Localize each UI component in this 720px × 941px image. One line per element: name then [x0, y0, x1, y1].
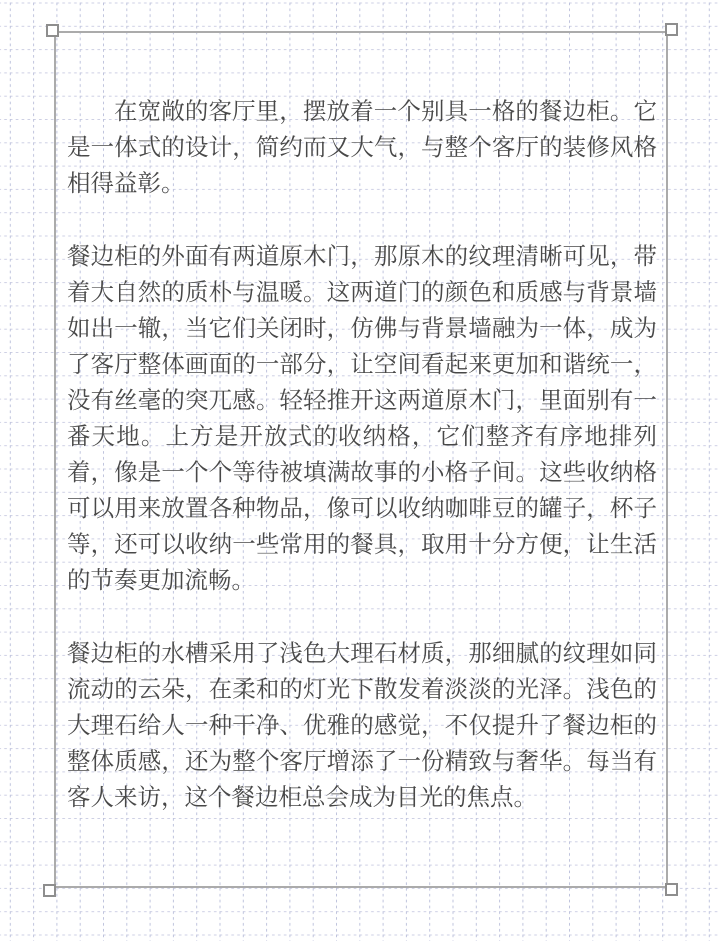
resize-handle-bottom-right[interactable] — [665, 883, 678, 896]
resize-handle-top-right[interactable] — [665, 23, 678, 36]
editor-canvas: 在宽敞的客厅里，摆放着一个别具一格的餐边柜。它是一体式的设计，简约而又大气，与整… — [0, 0, 720, 941]
paragraph-doors-storage: 餐边柜的外面有两道原木门，那原木的纹理清晰可见，带着大自然的质朴与温暖。这两道门… — [67, 238, 657, 598]
text-content: 在宽敞的客厅里，摆放着一个别具一格的餐边柜。它是一体式的设计，简约而又大气，与整… — [56, 33, 666, 886]
resize-handle-bottom-left[interactable] — [43, 884, 56, 897]
paragraph-marble-sink: 餐边柜的水槽采用了浅色大理石材质，那细腻的纹理如同流动的云朵，在柔和的灯光下散发… — [67, 635, 657, 815]
text-box-frame[interactable]: 在宽敞的客厅里，摆放着一个别具一格的餐边柜。它是一体式的设计，简约而又大气，与整… — [54, 31, 668, 888]
paragraph-intro: 在宽敞的客厅里，摆放着一个别具一格的餐边柜。它是一体式的设计，简约而又大气，与整… — [67, 93, 657, 201]
